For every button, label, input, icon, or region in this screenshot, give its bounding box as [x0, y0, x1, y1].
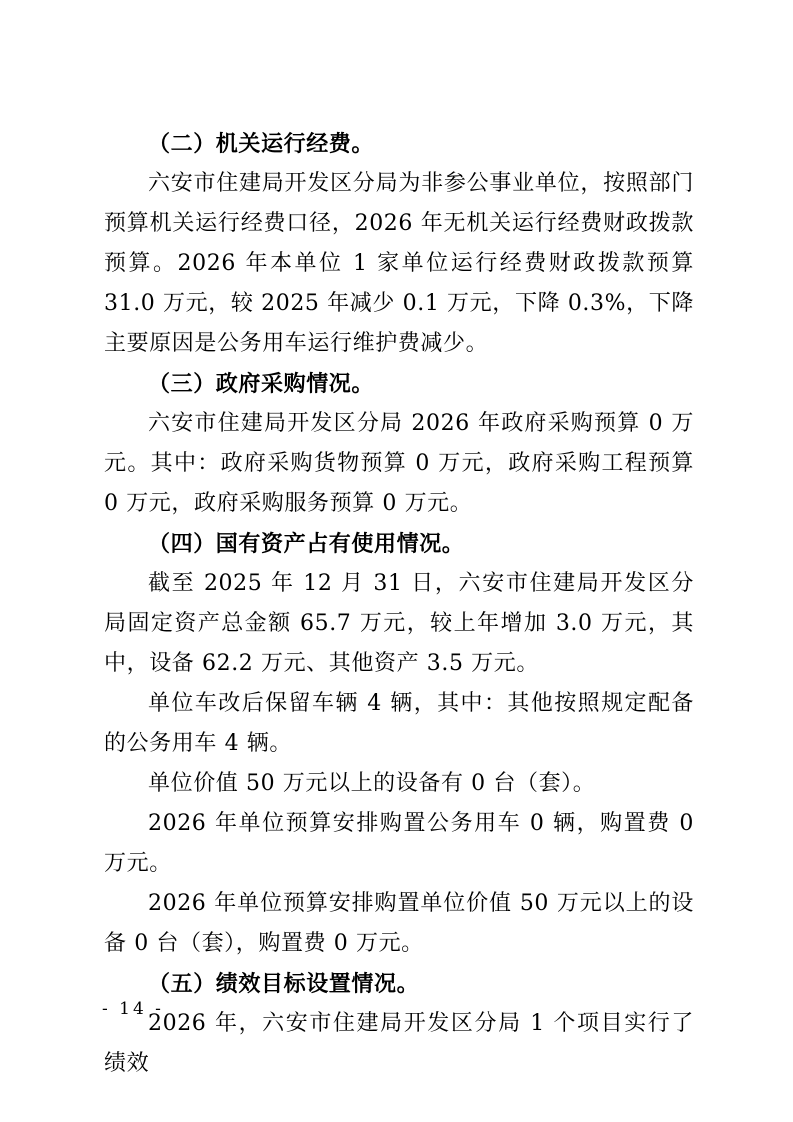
section-heading: （二）机关运行经费。 — [104, 124, 694, 164]
paragraph: 2026 年，六安市住建局开发区分局 1 个项目实行了绩效 — [104, 1004, 694, 1084]
paragraph: 单位车改后保留车辆 4 辆，其中：其他按照规定配备的公务用车 4 辆。 — [104, 684, 694, 764]
document-page: （二）机关运行经费。六安市住建局开发区分局为非参公事业单位，按照部门预算机关运行… — [0, 0, 793, 1122]
section-heading: （四）国有资产占有使用情况。 — [104, 524, 694, 564]
paragraph: 单位价值 50 万元以上的设备有 0 台（套）。 — [104, 764, 694, 804]
document-body: （二）机关运行经费。六安市住建局开发区分局为非参公事业单位，按照部门预算机关运行… — [104, 124, 694, 1084]
paragraph: 2026 年单位预算安排购置公务用车 0 辆，购置费 0 万元。 — [104, 804, 694, 884]
page-number: - 14 - — [102, 995, 164, 1023]
paragraph: 六安市住建局开发区分局为非参公事业单位，按照部门预算机关运行经费口径，2026 … — [104, 164, 694, 364]
section-heading: （三）政府采购情况。 — [104, 364, 694, 404]
section-heading: （五）绩效目标设置情况。 — [104, 964, 694, 1004]
paragraph: 2026 年单位预算安排购置单位价值 50 万元以上的设备 0 台（套），购置费… — [104, 884, 694, 964]
paragraph: 截至 2025 年 12 月 31 日，六安市住建局开发区分局固定资产总金额 6… — [104, 564, 694, 684]
paragraph: 六安市住建局开发区分局 2026 年政府采购预算 0 万元。其中：政府采购货物预… — [104, 404, 694, 524]
